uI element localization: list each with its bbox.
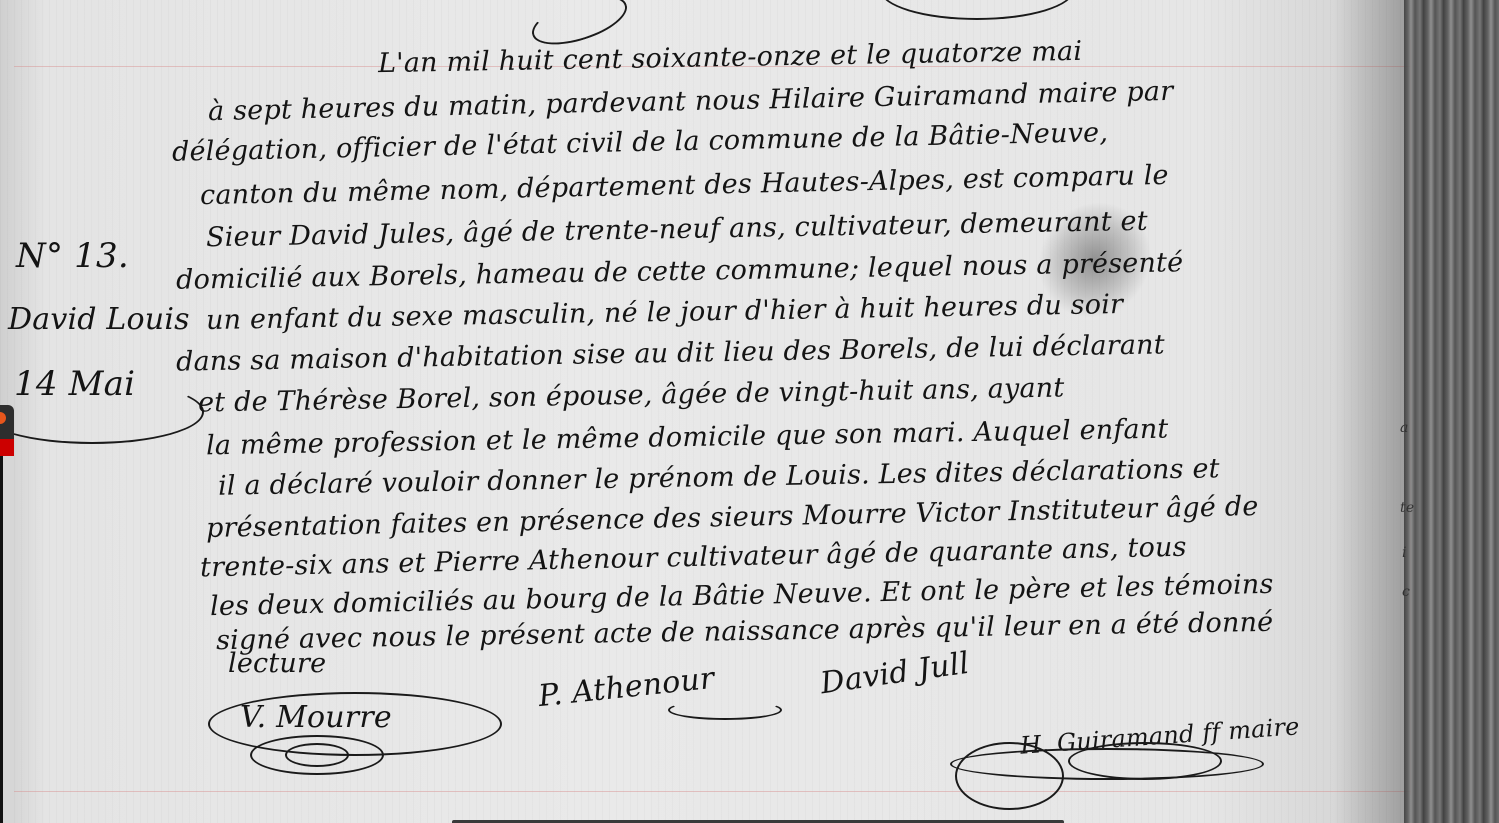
binding-mark-3: i <box>1402 545 1407 561</box>
margin-record-number: N° 13. <box>16 236 129 276</box>
scanned-register-page: N° 13. David Louis 14 Mai L'an mil huit … <box>0 0 1499 823</box>
record-line-9: et de Thérèse Borel, son épouse, âgée de… <box>198 372 1065 418</box>
record-line-16: lecture <box>228 648 326 679</box>
record-line-8: dans sa maison d'habitation sise au dit … <box>176 329 1165 377</box>
binding-mark-4: c <box>1402 584 1410 600</box>
record-line-4: canton du même nom, département des Haut… <box>200 160 1169 211</box>
top-flourish-right <box>880 0 1074 20</box>
viewer-side-scrollbar[interactable] <box>0 456 14 823</box>
record-line-7: un enfant du sexe masculin, né le jour d… <box>206 289 1124 336</box>
signature-guiramand-flourish-loop <box>955 742 1064 810</box>
signature-mourre-flourish-core <box>285 743 349 767</box>
binding-shadow <box>1334 0 1404 823</box>
viewer-red-indicator <box>0 439 14 456</box>
ruled-line-bottom <box>14 791 1411 792</box>
record-line-10: la même profession et le même domicile q… <box>206 414 1169 462</box>
margin-child-name: David Louis <box>8 302 190 337</box>
viewer-side-tab[interactable] <box>0 405 14 439</box>
record-line-5: Sieur David Jules, âgé de trente-neuf an… <box>206 206 1148 253</box>
margin-underline-flourish <box>0 380 204 444</box>
signature-david: David Jull <box>818 646 971 702</box>
book-binding <box>1404 0 1499 823</box>
binding-mark-1: a <box>1400 420 1409 436</box>
record-line-1: L'an mil huit cent soixante-onze et le q… <box>378 36 1083 79</box>
record-indicator-icon[interactable] <box>0 412 6 424</box>
signature-guiramand-flourish-mid <box>1068 742 1222 780</box>
binding-mark-2: te <box>1400 500 1414 516</box>
signature-athenour-flourish <box>668 700 782 720</box>
